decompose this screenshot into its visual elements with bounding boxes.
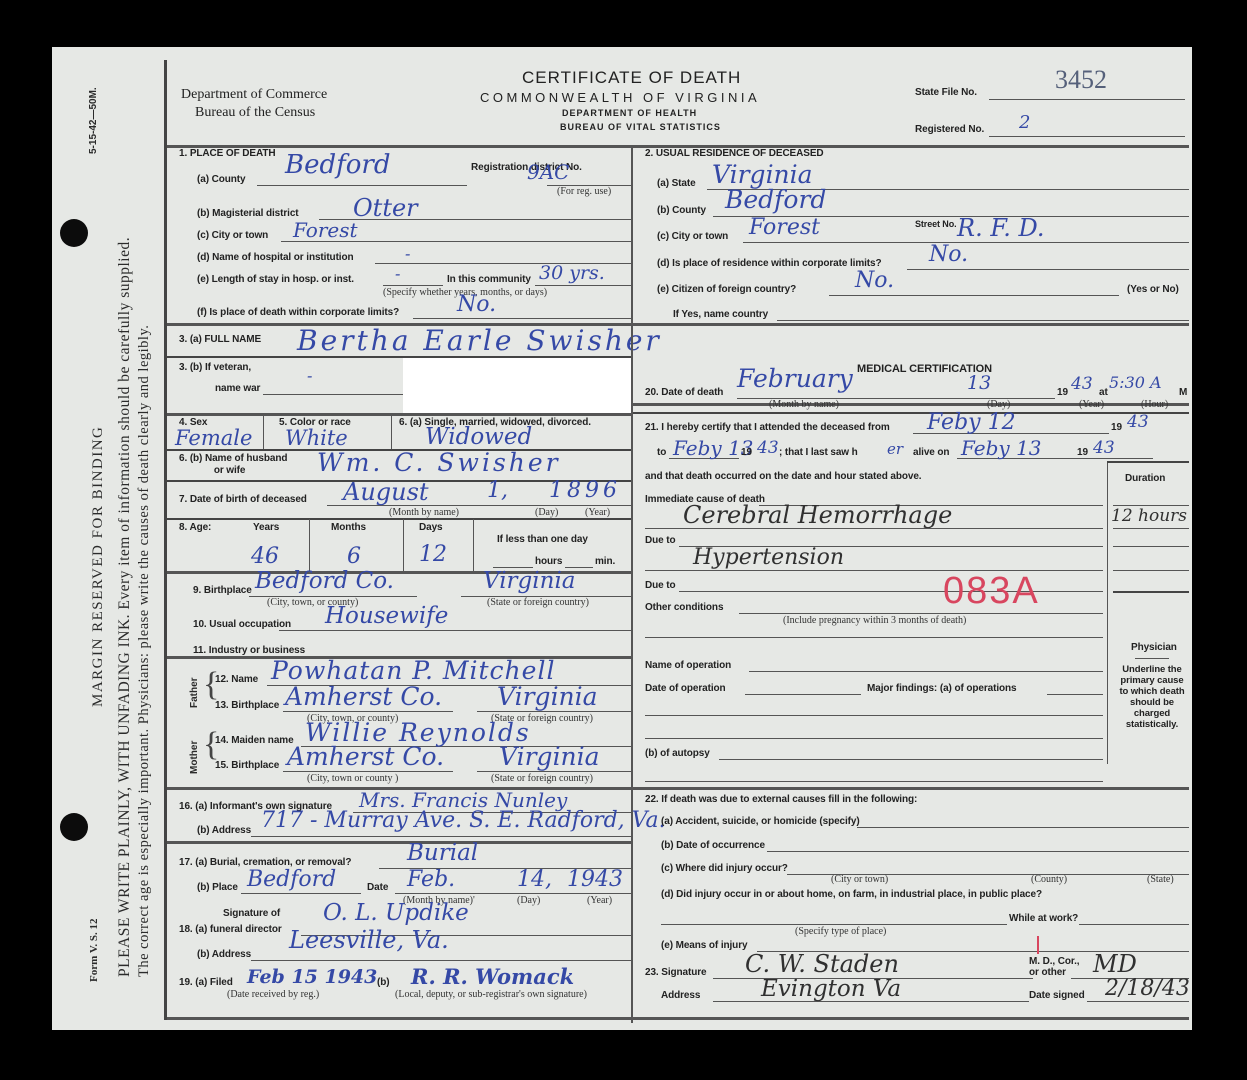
print-code: 5-15-42—50M.: [88, 87, 99, 154]
stay-label: (e) Length of stay in hosp. or inst.: [197, 274, 354, 285]
underline-note: Underline the primary cause to which dea…: [1119, 664, 1185, 730]
filed-date: Feb 15 1943: [247, 966, 377, 988]
section-heading: 1. PLACE OF DEATH: [179, 148, 275, 159]
burial-month: Feb.: [407, 867, 455, 892]
registered-label: Registered No.: [915, 124, 984, 135]
death-city: Forest: [293, 218, 358, 242]
residence-street: R. F. D.: [957, 214, 1045, 242]
findings-label: Major findings: (a) of operations: [867, 683, 1016, 694]
war: -: [307, 366, 312, 385]
external-e-label: (e) Means of injury: [661, 940, 747, 951]
external-a-label: (a) Accident, suicide, or homicide (spec…: [661, 816, 860, 827]
section-heading: 2. USUAL RESIDENCE OF DECEASED: [645, 148, 824, 159]
community-label: In this community: [447, 274, 531, 285]
dod-year: 43: [1071, 374, 1093, 394]
hospital: -: [405, 244, 410, 263]
due-to-2-label: Due to: [645, 580, 676, 591]
caption: (Year): [585, 507, 610, 518]
magisterial-district: Otter: [353, 194, 418, 222]
father-name: Powhatan P. Mitchell: [271, 656, 555, 685]
director-address: Leesville, Va.: [289, 926, 449, 954]
caption: (Year): [587, 895, 612, 906]
date-signed-label: Date signed: [1029, 990, 1085, 1001]
op-date-label: Date of operation: [645, 683, 726, 694]
caption: (Year): [1079, 399, 1104, 410]
informant-address: 717 - Murray Ave. S. E. Radford, Va.: [261, 808, 666, 833]
sig-of-label: Signature of: [223, 908, 280, 919]
marital-status: Widowed: [425, 424, 532, 450]
city-label: (c) City or town: [197, 230, 268, 241]
caption: (Month by name): [769, 399, 839, 410]
caption: (State or foreign country): [487, 597, 589, 608]
min-label: min.: [595, 556, 615, 567]
caption: (Date received by reg.): [227, 989, 319, 1000]
corporate-label: (d) Is place of residence within corpora…: [657, 258, 882, 269]
father-label: Father: [189, 677, 200, 708]
father-name-label: 12. Name: [215, 674, 258, 685]
street-label: Street No.: [915, 220, 957, 229]
instruction-line-2: The correct age is especially important.…: [136, 325, 153, 977]
death-corporate: No.: [457, 292, 496, 317]
year-prefix: 19: [741, 447, 752, 458]
red-tick-mark: [1037, 936, 1039, 954]
sex: Female: [175, 426, 252, 450]
age-years: 46: [251, 544, 279, 569]
birthplace-city: Bedford Co.: [255, 568, 394, 594]
father-bp-state: Virginia: [497, 682, 598, 711]
physician-title: MD: [1093, 950, 1137, 978]
due-to-cause: Hypertension: [693, 545, 844, 570]
duration-label: Duration: [1125, 473, 1165, 484]
physician-label: Physician: [1131, 642, 1177, 653]
last-saw-label: ; that I last saw h: [779, 447, 858, 458]
magisterial-label: (b) Magisterial district: [197, 208, 299, 219]
alive-label: alive on: [913, 447, 949, 458]
father-bp-city: Amherst Co.: [285, 682, 442, 711]
age-months: 6: [347, 544, 361, 569]
months-label: Months: [331, 522, 366, 533]
veteran-label: 3. (b) If veteran,: [179, 362, 251, 373]
mother-label: Mother: [189, 741, 200, 774]
autopsy-label: (b) of autopsy: [645, 748, 710, 759]
bureau-vital: BUREAU OF VITAL STATISTICS: [560, 122, 721, 132]
birthplace-state: Virginia: [483, 568, 576, 594]
citizen-label: (e) Citizen of foreign country?: [657, 284, 796, 295]
full-name-label: 3. (a) FULL NAME: [179, 334, 261, 345]
external-d-label: (d) Did injury occur in or about home, o…: [661, 889, 1042, 900]
death-county: Bedford: [285, 150, 391, 180]
community-length: 30 yrs.: [539, 262, 605, 284]
bureau-census: Bureau of the Census: [195, 105, 315, 121]
signature-label: 23. Signature: [645, 967, 707, 978]
punch-hole-top: [60, 219, 88, 247]
hours-label: hours: [535, 556, 562, 567]
caption: (Local, deputy, or sub-registrar's own s…: [395, 989, 587, 1000]
citizen-answer: No.: [855, 268, 894, 293]
burial-place: Bedford: [247, 867, 336, 892]
hospital-label: (d) Name of hospital or institution: [197, 252, 354, 263]
commonwealth-title: COMMONWEALTH OF VIRGINIA: [480, 90, 760, 105]
alive-year: 43: [1093, 438, 1115, 458]
physician-address: Evington Va: [761, 976, 901, 1002]
residence-corporate: No.: [929, 242, 968, 267]
dod-hour: 5:30 A: [1109, 373, 1162, 392]
yes-no-caption: (Yes or No): [1127, 284, 1179, 295]
registrar-signature: R. R. Womack: [411, 964, 574, 989]
punch-hole-bottom: [60, 813, 88, 841]
age-label: 8. Age:: [179, 522, 211, 533]
pregnancy-note: (Include pregnancy within 3 months of de…: [783, 615, 966, 626]
mother-bp-state: Virginia: [499, 742, 600, 771]
father-bp-label: 13. Birthplace: [215, 700, 279, 711]
caption: (County): [1031, 874, 1067, 885]
instruction-line-1: PLEASE WRITE PLAINLY, WITH UNFADING INK.…: [116, 237, 134, 977]
registered-number: 2: [1019, 112, 1030, 133]
residence-city: Forest: [749, 215, 820, 240]
physician-signature: C. W. Staden: [745, 950, 899, 978]
caption: (City, town or county ): [307, 773, 398, 784]
burial-place-label: (b) Place: [197, 882, 238, 893]
caption: (Day): [987, 399, 1010, 410]
date-signed: 2/18/43: [1105, 976, 1190, 1001]
informant-addr-label: (b) Address: [197, 825, 251, 836]
dob-month: August: [343, 478, 429, 506]
caption: (City or town): [831, 874, 888, 885]
work-label: While at work?: [1009, 913, 1078, 924]
caption: (State or foreign country): [491, 773, 593, 784]
caption: (Day): [517, 895, 540, 906]
corporate-label: (f) Is place of death within corporate l…: [197, 307, 399, 318]
caption: (Day): [535, 507, 558, 518]
dod-month: February: [737, 364, 853, 393]
industry-label: 11. Industry or business: [193, 645, 305, 656]
year-prefix: 19: [1057, 387, 1068, 398]
dob-label: 7. Date of birth of deceased: [179, 494, 307, 505]
certificate-title: CERTIFICATE OF DEATH: [522, 68, 741, 88]
mother-name-label: 14. Maiden name: [215, 735, 294, 746]
certificate-form: Department of Commerce Bureau of the Cen…: [164, 60, 1189, 1020]
binding-notice: MARGIN RESERVED FOR BINDING: [90, 426, 107, 707]
occupation: Housewife: [325, 603, 448, 629]
days-label: Days: [419, 522, 443, 533]
county-label: (b) County: [657, 205, 706, 216]
form-number: Form V. S. 12: [88, 919, 100, 982]
immediate-duration: 12 hours: [1111, 506, 1187, 526]
residence-county: Bedford: [725, 185, 826, 214]
occurred-label: and that death occurred on the date and …: [645, 471, 921, 482]
funeral-director: O. L. Updike: [323, 900, 469, 926]
dept-health: DEPARTMENT OF HEALTH: [562, 108, 697, 118]
occupation-label: 10. Usual occupation: [193, 619, 291, 630]
state-file-label: State File No.: [915, 87, 977, 98]
city-label: (c) City or town: [657, 231, 728, 242]
date-label: Date: [367, 882, 388, 893]
reg-use-caption: (For reg. use): [557, 186, 611, 197]
years-label: Years: [253, 522, 279, 533]
caption: (Hour): [1141, 399, 1168, 410]
dob-day: 1,: [487, 478, 508, 503]
spouse-name: Wm. C. Swisher: [317, 448, 561, 477]
md-label: M. D., Cor.,or other: [1029, 956, 1079, 978]
director-addr-label: (b) Address: [197, 949, 251, 960]
race: White: [285, 426, 348, 450]
caption: (State): [1147, 874, 1174, 885]
registrar-label: (b): [377, 977, 389, 988]
to-label: to: [657, 447, 666, 458]
external-b-label: (b) Date of occurrence: [661, 840, 765, 851]
dod-day: 13: [967, 372, 991, 394]
attend-label: 21. I hereby certify that I attended the…: [645, 422, 890, 433]
caption: (Month by name): [389, 507, 459, 518]
operation-label: Name of operation: [645, 660, 731, 671]
address-label: Address: [661, 990, 700, 1001]
external-heading: 22. If death was due to external causes …: [645, 794, 917, 805]
spouse-label: 6. (b) Name of husband or wife: [179, 453, 287, 477]
last-saw-pronoun: er: [887, 440, 903, 458]
director-label: 18. (a) funeral director: [179, 924, 282, 935]
state-file-number: 3452: [1055, 65, 1107, 95]
attend-from: Feby 12: [927, 410, 1016, 435]
alive-on: Feby 13: [961, 436, 1042, 460]
dept-commerce: Department of Commerce: [181, 87, 327, 103]
stay: -: [395, 264, 400, 283]
other-conditions-label: Other conditions: [645, 602, 723, 613]
county-label: (a) County: [197, 174, 245, 185]
state-label: (a) State: [657, 178, 696, 189]
classification-stamp: 083A: [943, 570, 1040, 613]
burial-year: 1943: [567, 867, 623, 892]
redaction-box: [403, 358, 633, 414]
m-label: M: [1179, 387, 1187, 398]
reg-district: 9AC: [527, 160, 569, 184]
age-days: 12: [419, 542, 447, 567]
war-label: name war: [215, 383, 260, 394]
full-name: Bertha Earle Swisher: [297, 324, 662, 357]
filed-label: 19. (a) Filed: [179, 977, 233, 988]
attend-from-year: 43: [1127, 412, 1149, 432]
due-to-label: Due to: [645, 535, 676, 546]
less-day-label: If less than one day: [497, 534, 588, 545]
burial-type: Burial: [407, 840, 478, 866]
dob-year: 1896: [549, 478, 621, 503]
year-prefix: 19: [1077, 447, 1088, 458]
mother-bp-label: 15. Birthplace: [215, 760, 279, 771]
burial-day: 14,: [517, 867, 552, 892]
year-prefix: 19: [1111, 422, 1122, 433]
mother-bp-city: Amherst Co.: [287, 742, 444, 771]
attend-to-year: 43: [757, 438, 779, 458]
dod-label: 20. Date of death: [645, 387, 723, 398]
at-label: at: [1099, 387, 1108, 398]
binding-margin: Form V. S. 12 5-15-42—50M. MARGIN RESERV…: [52, 47, 164, 1030]
caption: (Specify type of place): [795, 926, 886, 937]
country-label: If Yes, name country: [673, 309, 768, 320]
birthplace-label: 9. Birthplace: [193, 585, 252, 596]
external-c-label: (c) Where did injury occur?: [661, 863, 788, 874]
immediate-cause: Cerebral Hemorrhage: [683, 501, 952, 529]
